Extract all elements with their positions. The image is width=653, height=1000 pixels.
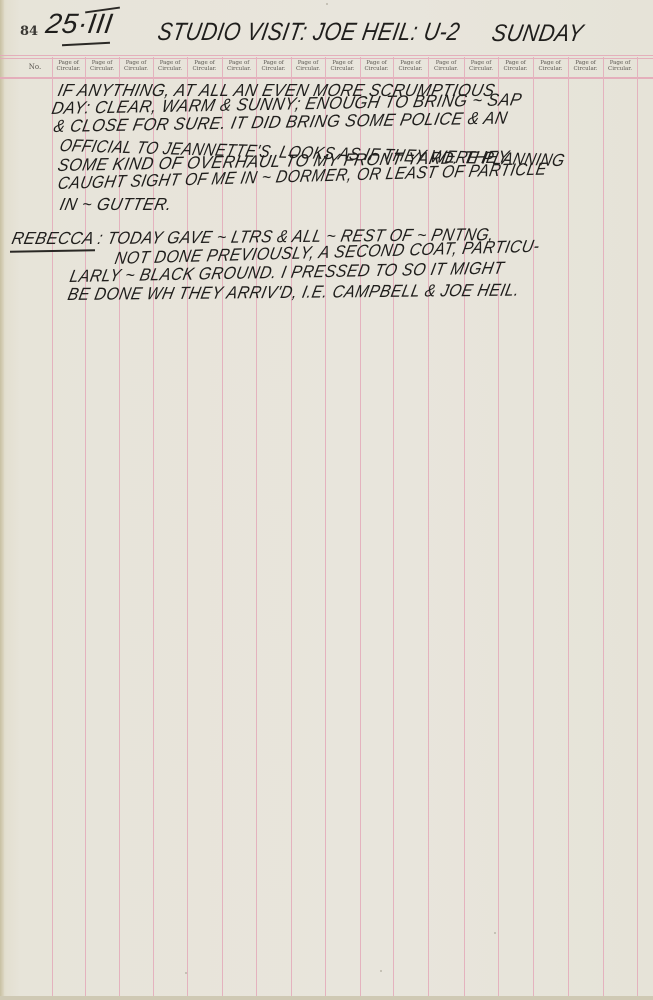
column-header-page-of-circular: Page ofCircular.	[325, 60, 360, 76]
header-line: Circular.	[256, 66, 291, 72]
header-line: Circular.	[464, 66, 498, 72]
paper-speck	[494, 932, 496, 934]
column-header-page-of-circular: Page ofCircular.	[603, 60, 637, 76]
column-rule	[533, 57, 534, 996]
column-header-page-of-circular: Page ofCircular.	[187, 60, 222, 76]
column-header-page-of-circular: Page ofCircular.	[464, 60, 498, 76]
column-header-no: No.	[20, 63, 50, 71]
column-header-page-of-circular: Page ofCircular.	[568, 60, 603, 76]
column-header-page-of-circular: Page ofCircular.	[498, 60, 533, 76]
column-header-page-of-circular: Page ofCircular.	[393, 60, 428, 76]
column-header-page-of-circular: Page ofCircular.	[256, 60, 291, 76]
header-line: Circular.	[153, 66, 187, 72]
column-rule	[360, 57, 361, 996]
column-rule	[187, 57, 188, 996]
paper-speck	[185, 972, 187, 974]
header-line: Circular.	[603, 66, 637, 72]
paper-speck	[326, 3, 328, 5]
column-rule	[325, 57, 326, 996]
column-rule	[464, 57, 465, 996]
header-line: Circular.	[568, 66, 603, 72]
header-line: Circular.	[393, 66, 428, 72]
column-header-page-of-circular: Page ofCircular.	[52, 60, 85, 76]
column-rule	[603, 57, 604, 996]
header-rule-bottom	[0, 77, 653, 79]
entry-title: STUDIO VISIT: JOE HEIL: U-2	[155, 18, 462, 47]
column-rule	[291, 57, 292, 996]
column-header-page-of-circular: Page ofCircular.	[153, 60, 187, 76]
column-header-page-of-circular: Page ofCircular.	[360, 60, 393, 76]
header-line: Circular.	[222, 66, 256, 72]
ledger-page: No. Page ofCircular. Page ofCircular. Pa…	[0, 0, 653, 1000]
header-line: Circular.	[498, 66, 533, 72]
header-line: Circular.	[52, 66, 85, 72]
paper-speck	[380, 970, 382, 972]
entry-line: BE DONE WH THEY ARRIV'D, I.E. CAMPBELL &…	[66, 280, 522, 305]
column-rule	[52, 57, 53, 996]
header-line: Circular.	[187, 66, 222, 72]
header-rule-top	[0, 55, 653, 56]
entry-weekday: SUNDAY	[490, 20, 586, 48]
column-header-page-of-circular: Page ofCircular.	[533, 60, 568, 76]
header-line: Circular.	[85, 66, 119, 72]
header-line: Circular.	[533, 66, 568, 72]
column-rule	[637, 57, 638, 996]
header-line: Circular.	[291, 66, 325, 72]
column-header-page-of-circular: Page ofCircular.	[85, 60, 119, 76]
page-edge	[0, 0, 4, 1000]
column-rule	[393, 57, 394, 996]
column-rule	[428, 57, 429, 996]
header-line: Circular.	[360, 66, 393, 72]
entry-date: 25·III	[44, 8, 115, 40]
header-line: Circular.	[428, 66, 464, 72]
column-rule	[568, 57, 569, 996]
column-header-page-of-circular: Page ofCircular.	[428, 60, 464, 76]
header-rule-top-inner	[0, 58, 653, 59]
column-rule	[256, 57, 257, 996]
column-rule	[222, 57, 223, 996]
column-header-page-of-circular: Page ofCircular.	[222, 60, 256, 76]
entry-line: IN ~ GUTTER.	[58, 194, 174, 215]
page-number: 84	[20, 24, 38, 39]
column-header-page-of-circular: Page ofCircular.	[291, 60, 325, 76]
date-underline	[62, 42, 110, 47]
entry-speaker: REBECCA	[10, 228, 96, 249]
column-header-page-of-circular: Page ofCircular.	[119, 60, 153, 76]
page-bottom-edge	[0, 996, 653, 1000]
header-line: Circular.	[325, 66, 360, 72]
column-rule	[498, 57, 499, 996]
header-line: Circular.	[119, 66, 153, 72]
